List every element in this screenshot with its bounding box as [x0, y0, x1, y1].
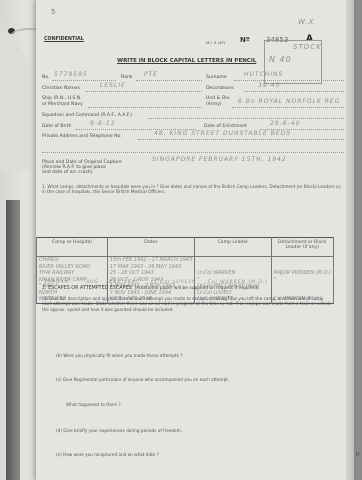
page-edge [346, 0, 354, 480]
col-dates: Dates [107, 238, 195, 257]
stamp-number: N 40 [269, 55, 292, 64]
unit-value: 6 Bn ROYAL NORFOLK REG [238, 98, 340, 105]
unit-label: Unit & Div. [206, 96, 231, 101]
ship-label: Ship (R.N., U.S.N. [42, 96, 82, 101]
enlistment-value: 29-6-40 [270, 120, 300, 127]
col-camp: Camp or Hospital [37, 238, 108, 257]
page-footer-mark: P. [356, 452, 360, 458]
table-row: CHANGI15th FEB 1942 - 17 MARCH 1943 [37, 257, 334, 264]
form-instruction: WRITE IN BLOCK CAPITAL LETTERS IN PENCIL [117, 58, 256, 64]
capture-value: SINGAPORE FEBRUARY 15TH, 1942 [152, 156, 287, 163]
col-camp-leader: Camp Leader [195, 238, 271, 257]
col-detachment-leader: Detachment or Block Leader (if any) [271, 238, 334, 257]
margin-mark: 5 [51, 8, 55, 16]
address-value: 48, KING STREET DUNSTABLE BEDS [154, 130, 291, 137]
no-label: No. [42, 75, 50, 80]
section1-question: 1. What camps, detachments or hospitals … [42, 184, 342, 195]
escape-question-e: (e) How were you recaptured and on what … [56, 452, 159, 457]
squadron-label: Squadron and Command (R.A.F., A.A.F.) [42, 113, 132, 118]
page-shadow-strip [6, 200, 20, 480]
capture-label-3: and date of a/c crash). [42, 170, 94, 175]
address-label: Private Address and Telephone No. [42, 134, 122, 139]
service-number-value: 5779595 [54, 71, 88, 78]
unit-label-2: (Army) [206, 102, 222, 107]
dob-label: Date of Birth [42, 124, 71, 129]
table-overflow-row: TAMUAN AUG - JUNE 1945 Lt-Col LOVELY Col… [44, 280, 268, 285]
section2-heading: 2. ESCAPES OR ATTEMPTED ESCAPES. (Additi… [42, 286, 260, 291]
corner-mark: W.X [298, 18, 314, 26]
escape-question-c-followup: What happened to them ? [66, 402, 121, 407]
rank-value: PTE [144, 71, 158, 78]
ship-label-2: or Merchant Navy [42, 102, 83, 107]
decorations-label: Decorations [206, 86, 234, 91]
christian-names-label: Christian Names [42, 86, 80, 91]
surname-label: Surname [206, 75, 227, 80]
camps-table: Camp or Hospital Dates Camp Leader Detac… [36, 237, 334, 304]
stamp-text: STOCK [293, 43, 322, 51]
escape-question-c: (c) Give Regimental particulars of anyon… [56, 377, 229, 382]
decorations-value: 39-45 [258, 82, 280, 89]
surname-value: HUTCHINS [244, 71, 283, 78]
escape-question-d: (d) Give briefly your experiences during… [56, 428, 182, 433]
number-label: Nº [240, 36, 250, 44]
form-code: M.I. 9 (AF) [206, 40, 225, 45]
christian-names-value: LESLIE [100, 82, 126, 89]
escape-question-b: (b) Were you physically fit when you mad… [56, 353, 182, 358]
escape-question-a: (a) Give full description and approx. da… [42, 296, 334, 312]
dob-value: 9-8-13 [90, 120, 116, 127]
classification-label: CONFIDENTIAL [44, 37, 84, 42]
enlistment-label: Date of Enlistment [204, 124, 247, 129]
rank-label: Rank [121, 75, 132, 80]
